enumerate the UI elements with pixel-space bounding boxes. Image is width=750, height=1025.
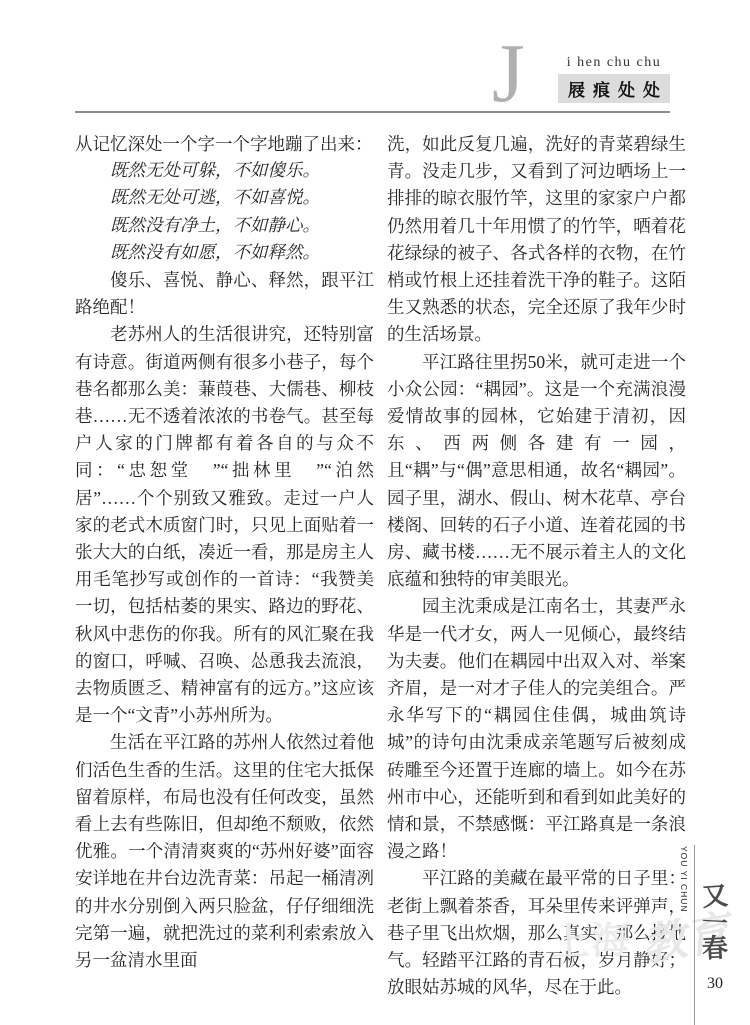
paragraph: 平江路的美藏在最平常的日子里：老街上飘着茶香，耳朵里传来评弹声，巷子里飞出炊烟，… <box>387 865 686 1001</box>
section-title: 屐痕处处 <box>560 76 668 101</box>
paragraph: 洗，如此反复几遍，洗好的青菜碧绿生青。没走几步，又看到了河边晒场上一排排的晾衣服… <box>387 131 686 349</box>
header-big-letter: J <box>492 32 525 116</box>
verse-line: 既然无处可躲，不如傻乐。 <box>75 158 374 185</box>
paragraph: 从记忆深处一个字一个字地蹦了出来： <box>75 131 374 158</box>
page-number: 30 <box>699 975 731 993</box>
paragraph: 生活在平江路的苏州人依然过着他们活色生香的生活。这里的住宅大抵保留着原样，布局也… <box>75 729 374 974</box>
magazine-page: J i hen chu chu 屐痕处处 从记忆深处一个字一个字地蹦了出来： 既… <box>0 0 750 1025</box>
verse-line: 既然没有净土，不如静心。 <box>75 213 374 240</box>
header-divider <box>75 111 670 113</box>
paragraph: 平江路往里拐50米，就可走进一个小众公园：“耦园”。这是一个充满浪漫爱情故事的园… <box>387 349 686 594</box>
column-name-vertical: 又 一 春 <box>699 884 731 962</box>
column-name-char: 春 <box>698 935 731 963</box>
verse-line: 既然没有如愿，不如释然。 <box>75 240 374 267</box>
section-title-box: 屐痕处处 <box>558 74 670 103</box>
header-pinyin: i hen chu chu <box>556 55 672 71</box>
column-name-char: 又 <box>698 883 732 911</box>
column-name-char: 一 <box>699 913 732 933</box>
paragraph: 园主沈秉成是江南名士，其妻严永华是一代才女，两人一见倾心，最终结为夫妻。他们在耦… <box>387 593 686 865</box>
column-pinyin-vertical: YOU YI CHUN <box>679 846 689 908</box>
paragraph: 老苏州人的生活很讲究，还特别富有诗意。街道两侧有很多小巷子，每个巷名都那么美：蒹… <box>75 321 374 729</box>
paragraph: 傻乐、喜悦、静心、释然，跟平江路绝配！ <box>75 267 374 321</box>
right-column: 洗，如此反复几遍，洗好的青菜碧绿生青。没走几步，又看到了河边晒场上一排排的晾衣服… <box>387 131 686 1002</box>
verse-line: 既然无处可逃，不如喜悦。 <box>75 185 374 212</box>
left-column: 从记忆深处一个字一个字地蹦了出来： 既然无处可躲，不如傻乐。 既然无处可逃，不如… <box>75 131 374 974</box>
sidebar-vertical-rule <box>694 845 695 1025</box>
